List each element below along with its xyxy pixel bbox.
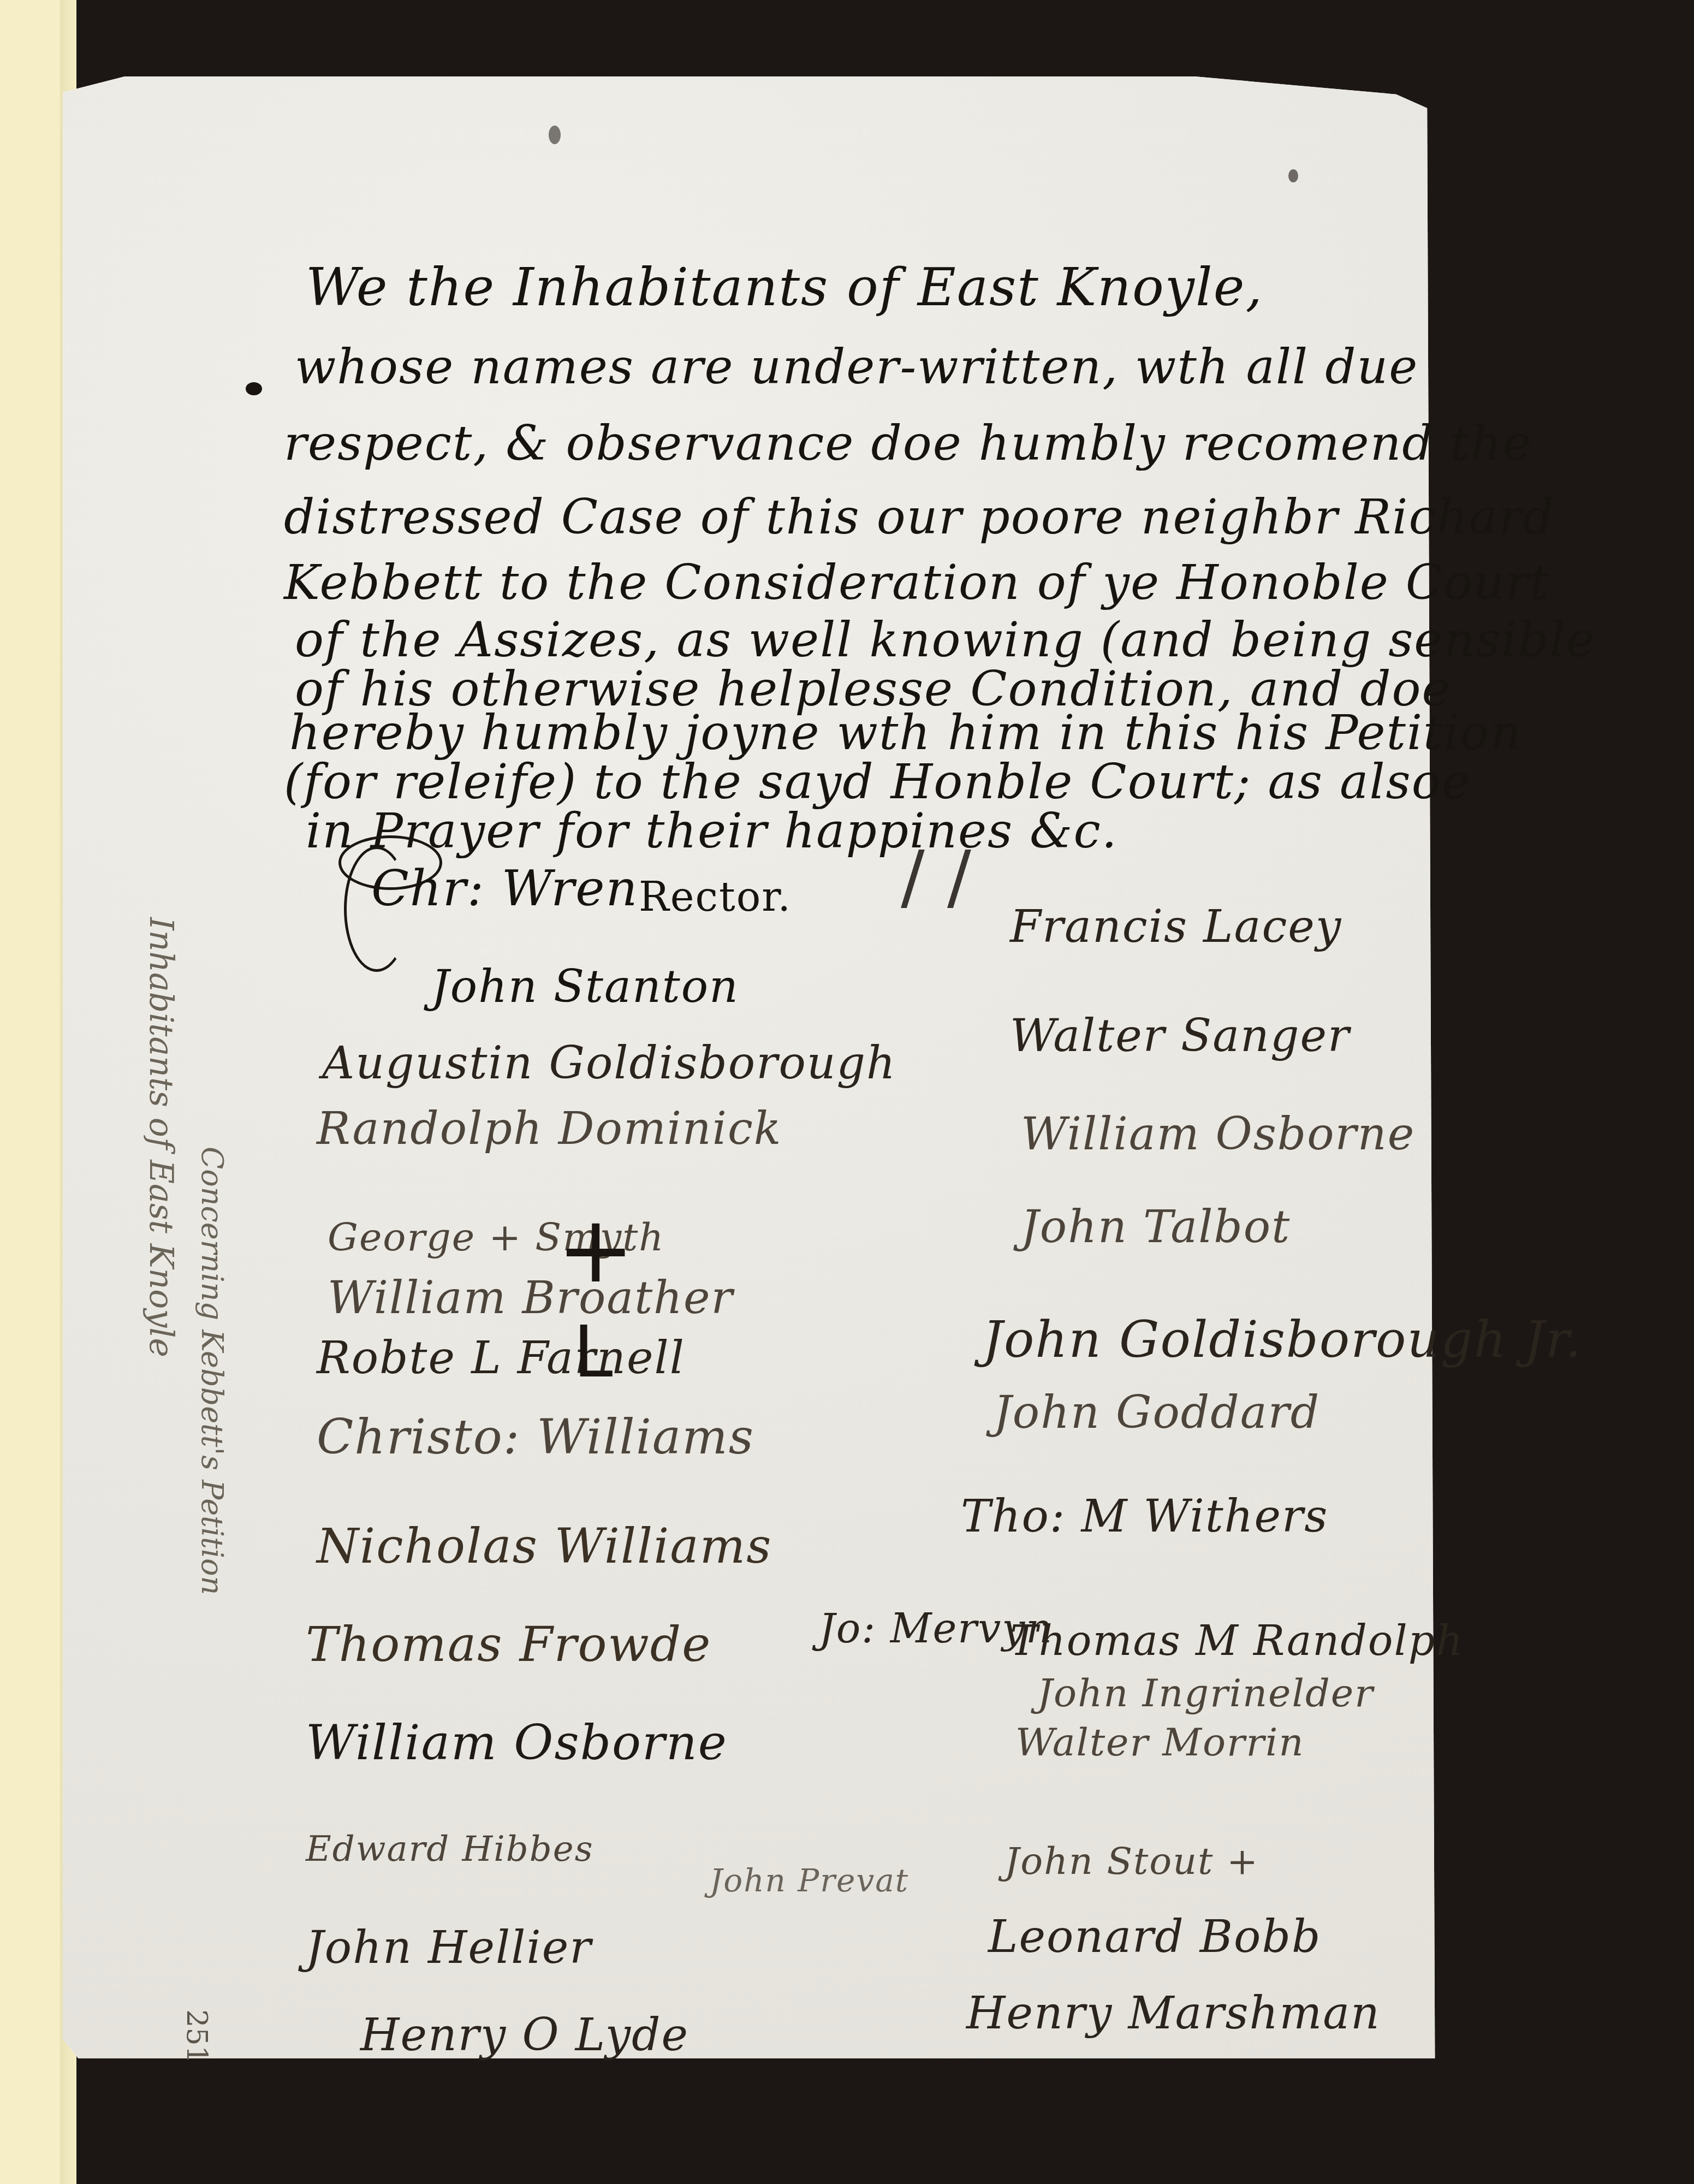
signature: John Stout + [1004,1840,1259,1883]
signature: Nicholas Williams [317,1518,772,1574]
signature-cross-mark: + [557,1196,634,1304]
pen-stroke: / / [901,835,971,918]
petition-line: We the Inhabitants of East Knoyle, [306,257,1263,318]
signature: Edward Hibbes [306,1829,593,1870]
signature: Henry O Lyde [360,2009,689,2061]
signature: John Goldisborough Jr. [983,1310,1582,1369]
petition-line: respect, & observance doe humbly recomen… [284,415,1532,471]
signature: John Stanton [431,961,739,1013]
margin-note: Concerning Kebbett's Petition [195,1147,229,1595]
rector-title: Rector. [639,874,792,921]
signature: Francis Lacey [1010,901,1342,953]
signature: Henry Marshman [966,1987,1381,2039]
folio-number: 251 [180,2009,213,2063]
signature: Thomas M Randolph [1010,1616,1464,1665]
signature: Tho: M Withers [961,1491,1328,1542]
signature: Christo: Williams [317,1409,754,1465]
signature: William Osborne [1021,1108,1415,1160]
signature: John Ingrinelder [1037,1671,1374,1716]
signature: Walter Sanger [1010,1010,1350,1062]
signature-l-mark: L [573,1310,613,1393]
signature: Randolph Dominick [317,1103,782,1155]
signature: William Osborne [306,1714,728,1771]
signature: John Talbot [1021,1201,1291,1253]
signature: Augustin Goldisborough [322,1037,896,1089]
petition-line: of the Assizes, as well knowing (and bei… [295,612,1596,668]
ink-spot [246,382,262,395]
signature: Robte L Farnell [317,1332,685,1384]
petition-line: whose names are under-written, wth all d… [295,339,1418,395]
signature: Leonard Bobb [988,1911,1321,1963]
ink-spot [549,126,561,144]
petition-line: (for releife) to the sayd Honble Court; … [284,753,1471,810]
petition-line: Kebbett to the Consideration of ye Honob… [284,554,1550,610]
ink-spot [1288,169,1298,182]
signature: John Goddard [994,1387,1320,1439]
signature: William Broather [328,1272,734,1324]
margin-note: Inhabitants of East Knoyle [142,917,180,1357]
signature: Thomas Frowde [306,1616,711,1672]
rector-name: Chr: Wren [371,860,639,917]
signature: Walter Morrin [1015,1720,1304,1765]
petition-line: hereby humbly joyne wth him in this his … [289,704,1522,761]
signature: John Prevat [710,1862,909,1899]
petition-line: distressed Case of this our poore neighb… [284,489,1554,545]
signature: John Hellier [306,1922,592,1974]
